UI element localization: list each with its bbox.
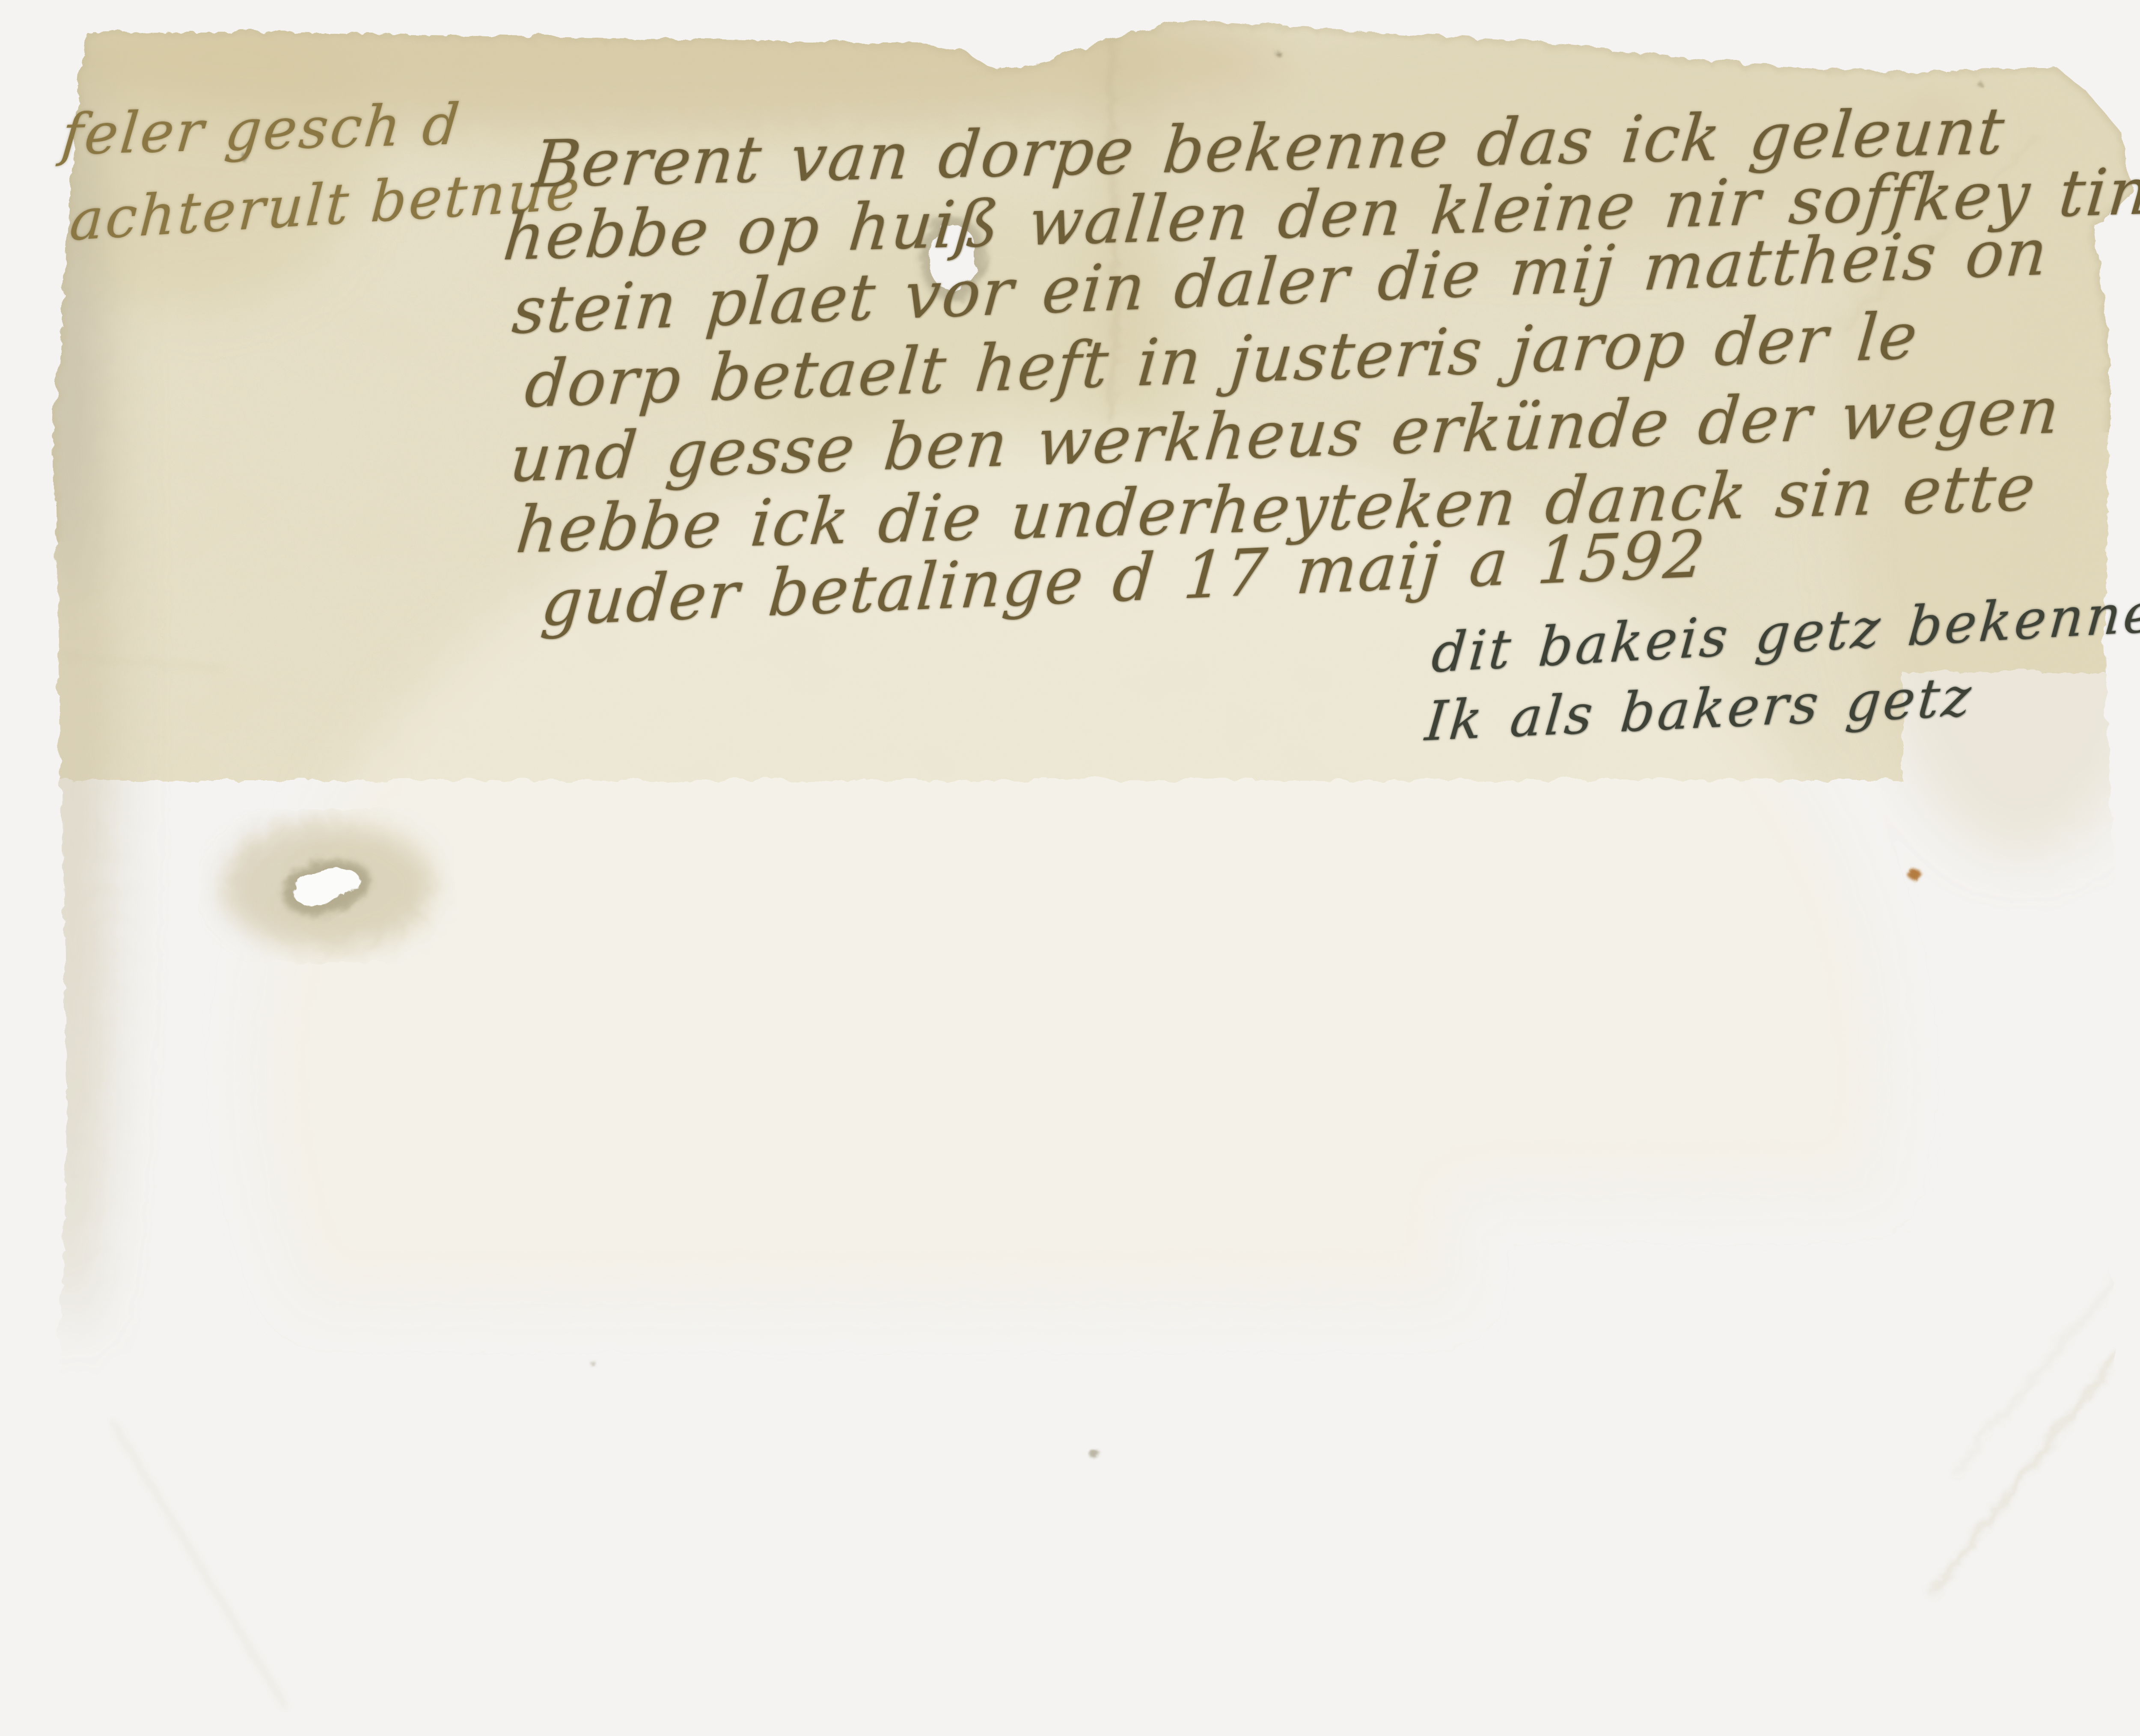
signature-line: berent van	[1415, 747, 1748, 821]
margin-note-line: feler gesch d	[59, 92, 464, 168]
signature-line: dorpen	[1418, 815, 1635, 883]
scanned-document: feler gesch d achterult betnue Berent va…	[0, 0, 2140, 1736]
signature-flourish-dash	[1577, 831, 1953, 860]
handwriting-layer: feler gesch d achterult betnue Berent va…	[0, 0, 2140, 1736]
